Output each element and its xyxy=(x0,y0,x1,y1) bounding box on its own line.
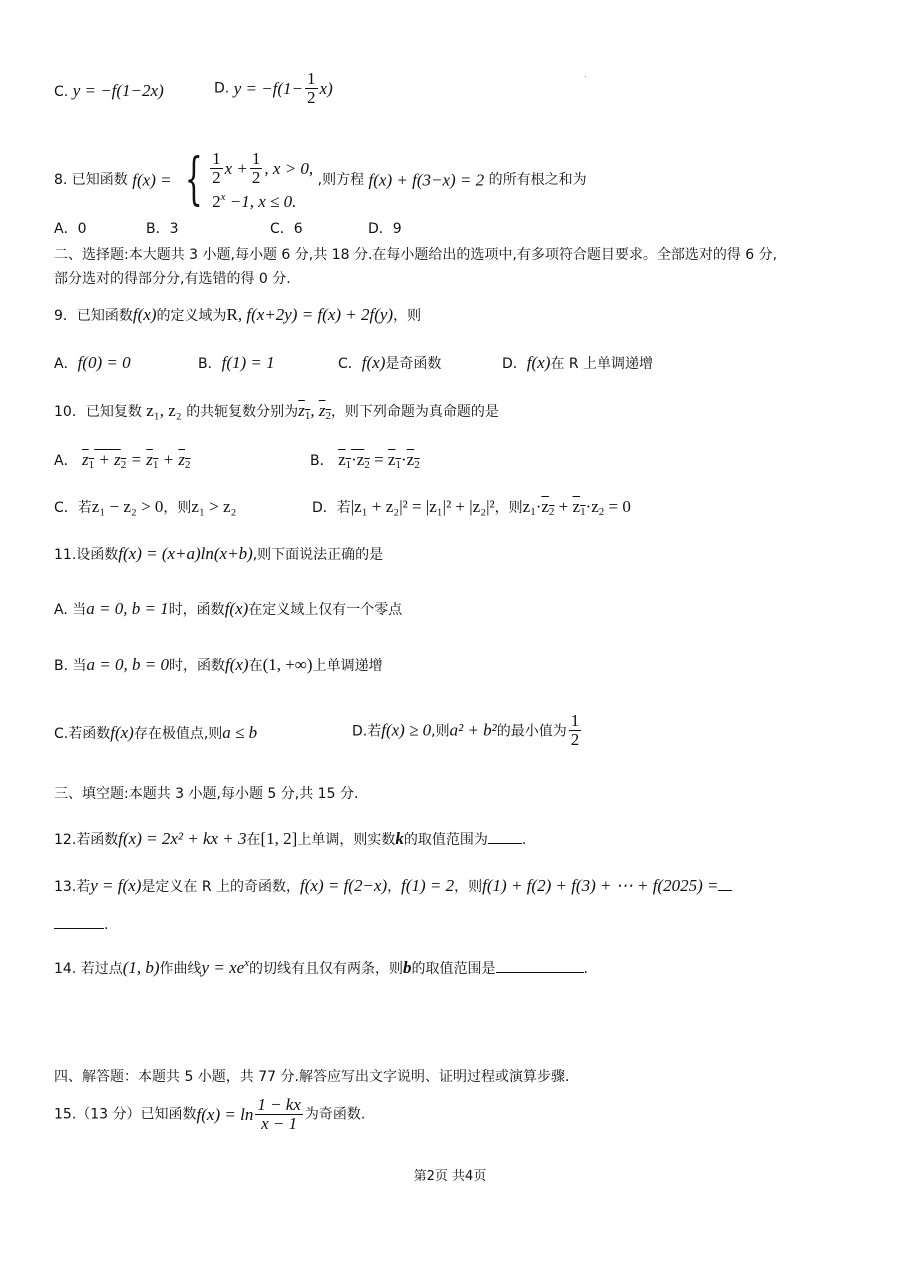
q9-equation: , f(x+2y) = f(x) + 2f(y) xyxy=(238,305,393,324)
q11-expr: f(x) = (x+a)ln(x+b) xyxy=(118,544,252,563)
q8-piecewise: 12x +12, x > 0, 2x −1, x ≤ 0. xyxy=(208,150,313,210)
q8-brace: { xyxy=(185,152,203,208)
q13-continued: . xyxy=(54,918,108,932)
q7-option-d-pre: y = −f(1− xyxy=(234,79,303,98)
q7-option-d-post: x) xyxy=(320,79,333,98)
q7-option-c-expr: y = −f(1−2x) xyxy=(73,81,164,100)
section-2-heading-line1: 二、选择题:本大题共 3 小题,每小题 6 分,共 18 分.在每小题给出的选项… xyxy=(54,248,777,262)
q10-suffix: ，则下列命题为真命题的是 xyxy=(331,404,499,420)
question-12: 12.若函数f(x) = 2x² + kx + 3在[1, 2]上单调，则实数k… xyxy=(54,830,526,847)
q15-fraction: 1 − kxx − 1 xyxy=(255,1096,303,1133)
q8-option-b: B．3 xyxy=(146,218,179,238)
q10-conj-z2: z2 xyxy=(319,401,331,420)
q9-option-d: D．f(x)在 R 上单调递增 xyxy=(502,353,653,373)
q9-mid: 的定义域为 xyxy=(157,308,227,324)
q9-domain: R xyxy=(227,305,238,324)
q7-option-d: D. y = −f(1−12x) xyxy=(214,70,333,107)
q7-options: C. y = −f(1−2x) xyxy=(54,82,164,99)
q8-equation: f(x) + f(3−x) = 2 xyxy=(369,171,485,190)
q10-conj-z1: z1 xyxy=(298,401,310,420)
page-footer: 第2页 共4页 xyxy=(0,1165,900,1184)
q11-option-b: B. 当a = 0, b = 0时，函数f(x)在(1, +∞)上单调递增 xyxy=(54,656,383,673)
q8-suffix-1: ,则方程 xyxy=(318,172,364,188)
q9-suffix: ，则 xyxy=(393,308,421,324)
q10-option-b: B． z1·z2 = z1·z2 xyxy=(310,450,420,471)
q9-prefix: 9．已知函数 xyxy=(54,308,133,324)
q10-option-d: D．若|z₁ + z₂|² = |z₁|² + |z₂|²，则z1·z2 + z… xyxy=(312,497,631,518)
q8-option-d: D．9 xyxy=(368,218,402,238)
q13-answer-blank-part1[interactable] xyxy=(718,889,732,891)
question-9: 9．已知函数f(x)的定义域为R, f(x+2y) = f(x) + 2f(y)… xyxy=(54,306,421,323)
q10-vars: z₁, z₂ xyxy=(146,401,181,420)
q8-prefix: 8. 已知函数 xyxy=(54,172,128,188)
scan-artifact xyxy=(585,76,586,77)
q8-option-a: A．0 xyxy=(54,218,86,238)
q7-option-d-fraction: 12 xyxy=(305,70,318,107)
q10-option-c: C．若z₁ − z₂ > 0，则z₁ > z₂ xyxy=(54,497,236,517)
q7-option-d-label: D. xyxy=(214,80,229,96)
q14-answer-blank[interactable] xyxy=(496,971,584,973)
section-2-heading-line2: 部分选对的得部分分,有选错的得 0 分. xyxy=(54,272,291,286)
q7-option-c-label: C. xyxy=(54,84,68,100)
q10-prefix: 10．已知复数 xyxy=(54,404,142,420)
q12-answer-blank[interactable] xyxy=(488,842,522,844)
question-15: 15.（13 分）已知函数f(x) = ln1 − kxx − 1为奇函数. xyxy=(54,1096,365,1133)
section-4-heading: 四、解答题：本题共 5 小题，共 77 分.解答应写出文字说明、证明过程或演算步… xyxy=(54,1070,569,1084)
q11-option-a: A. 当a = 0, b = 1时，函数f(x)在定义域上仅有一个零点 xyxy=(54,600,402,617)
q11-option-d: D.若f(x) ≥ 0,则a² + b²的最小值为12 xyxy=(352,712,583,749)
q9-fx: f(x) xyxy=(133,305,157,324)
q8-case-1: 12x +12, x > 0, xyxy=(208,150,313,188)
section-3-heading: 三、填空题:本题共 3 小题,每小题 5 分,共 15 分. xyxy=(54,787,358,801)
question-8: 8. 已知函数 f(x) = { 12x +12, x > 0, 2x −1, … xyxy=(54,150,587,210)
question-14: 14. 若过点(1, b)作曲线y = xex的切线有且仅有两条，则b的取值范围… xyxy=(54,958,588,976)
q10-option-a: A． z1 + z2 = z1 + z2 xyxy=(54,450,190,471)
question-11: 11.设函数f(x) = (x+a)ln(x+b),则下面说法正确的是 xyxy=(54,545,383,562)
q13-answer-blank-part2[interactable] xyxy=(54,927,104,929)
q9-option-b: B．f(1) = 1 xyxy=(198,353,275,373)
q9-option-a: A．f(0) = 0 xyxy=(54,353,131,373)
q9-option-c: C．f(x)是奇函数 xyxy=(338,353,441,373)
question-10: 10．已知复数 z₁, z₂ 的共轭复数分别为z1, z2，则下列命题为真命题的… xyxy=(54,402,499,422)
q11-option-c: C.若函数f(x)存在极值点,则a ≤ b xyxy=(54,724,257,741)
q8-fx: f(x) = xyxy=(132,171,171,190)
question-13: 13.若y = f(x)是定义在 R 上的奇函数，f(x) = f(2−x)，f… xyxy=(54,877,732,894)
q8-suffix-2: 的所有根之和为 xyxy=(489,172,587,188)
q8-option-c: C．6 xyxy=(270,218,303,238)
q8-case-2: 2x −1, x ≤ 0. xyxy=(208,192,313,210)
q10-mid: 的共轭复数分别为 xyxy=(186,404,298,420)
